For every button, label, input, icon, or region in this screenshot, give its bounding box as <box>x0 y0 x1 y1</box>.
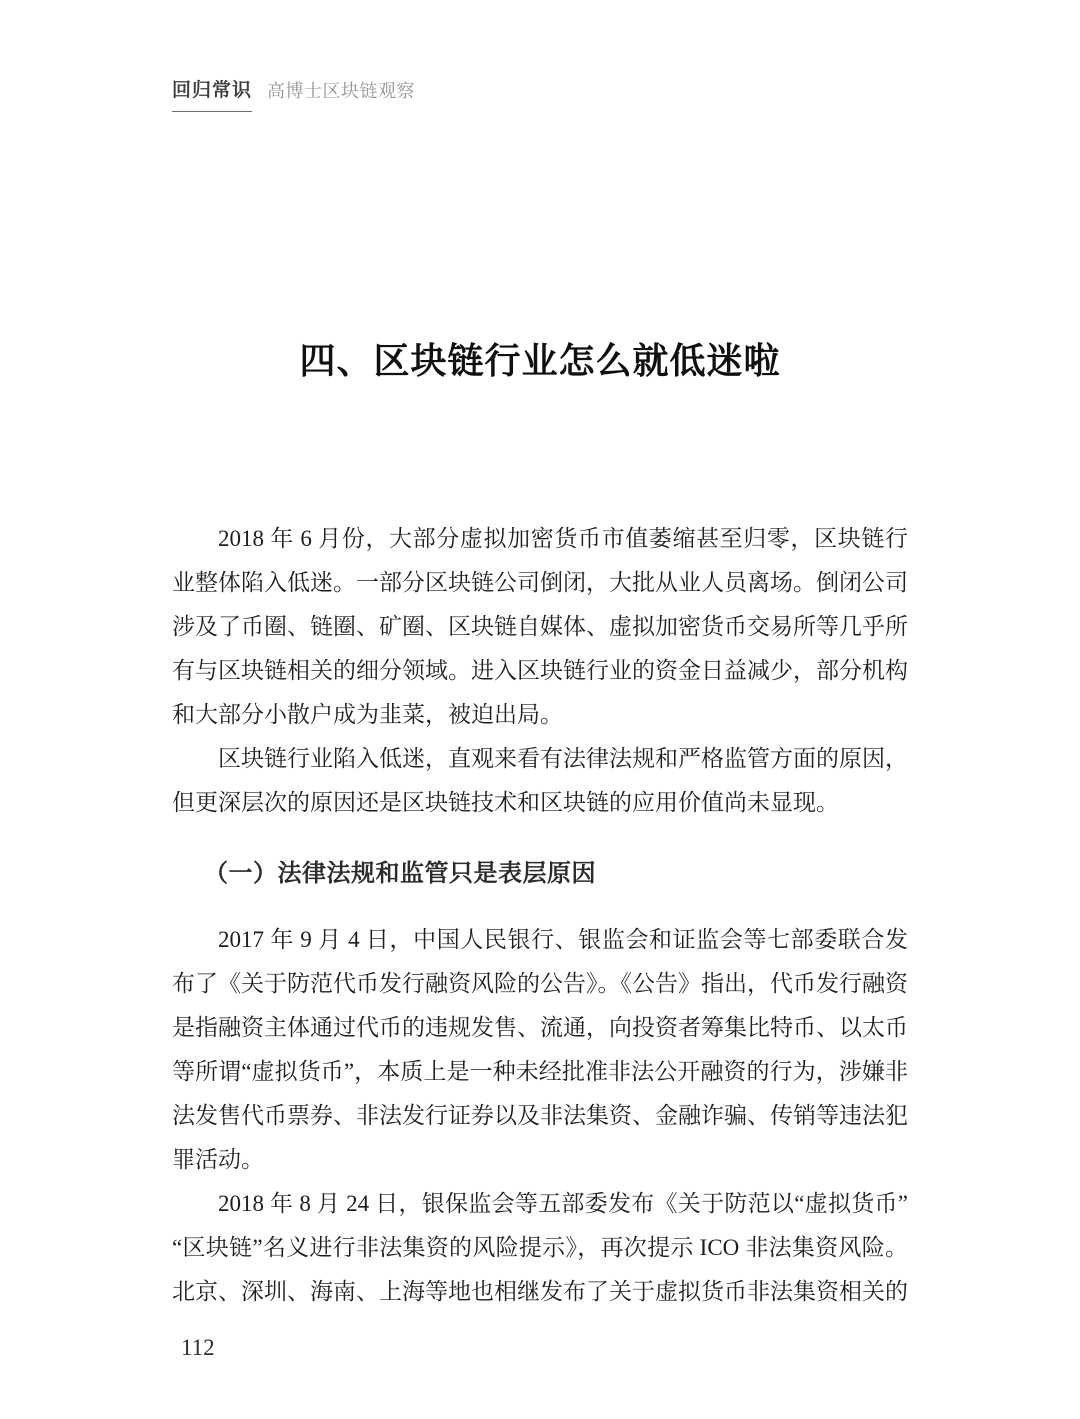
chapter-title: 四、区块链行业怎么就低迷啦 <box>172 338 908 384</box>
body-paragraph: 2018 年 8 月 24 日，银保监会等五部委发布《关于防范以“虚拟货币”“区… <box>172 1182 908 1314</box>
body-paragraph: 2018 年 6 月份，大部分虚拟加密货币市值萎缩甚至归零，区块链行业整体陷入低… <box>172 517 908 737</box>
section-heading: （一）法律法规和监管只是表层原因 <box>204 859 908 889</box>
page-number: 112 <box>181 1335 215 1361</box>
body-paragraph: 区块链行业陷入低迷，直观来看有法律法规和严格监管方面的原因，但更深层次的原因还是… <box>172 737 908 825</box>
book-page: 回归常识 高博士区块链观察 四、区块链行业怎么就低迷啦 2018 年 6 月份，… <box>0 0 1080 1419</box>
header-subtitle: 高博士区块链观察 <box>267 80 415 103</box>
header-brand: 回归常识 <box>172 80 252 112</box>
running-header: 回归常识 高博士区块链观察 <box>172 80 415 112</box>
body-paragraph: 2017 年 9 月 4 日，中国人民银行、银监会和证监会等七部委联合发布了《关… <box>172 918 908 1182</box>
page-body: 2018 年 6 月份，大部分虚拟加密货币市值萎缩甚至归零，区块链行业整体陷入低… <box>172 517 908 1314</box>
